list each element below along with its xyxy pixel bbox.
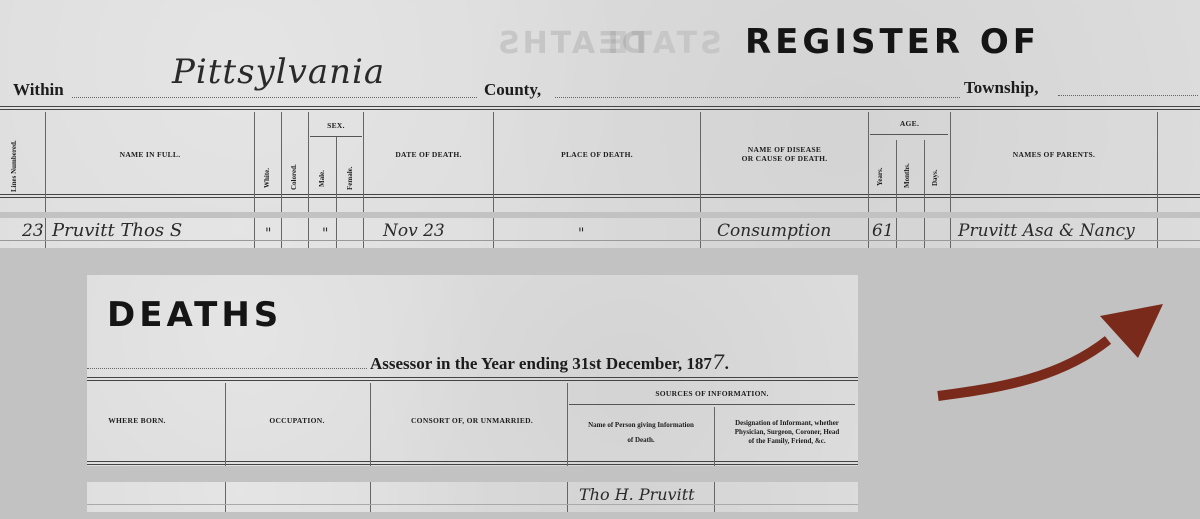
register-header-strip: DEATHS STATE REGISTER OF Within Pittsylv… (0, 0, 1200, 212)
col-divider (1157, 112, 1158, 212)
row-divider (308, 218, 309, 248)
col-place-of-death: PLACE OF DEATH. (494, 150, 700, 159)
within-label: Within (13, 80, 64, 100)
county-label: County, (484, 80, 541, 100)
col-where-born: WHERE BORN. (87, 416, 187, 425)
col-divider (567, 383, 568, 466)
cell-line-number: 23 (22, 221, 44, 241)
township-label: Township, (964, 78, 1039, 98)
col-occupation: OCCUPATION. (237, 416, 357, 425)
col-divider (950, 112, 951, 212)
county-value-handwritten: Pittsylvania (172, 52, 385, 92)
col-divider (493, 112, 494, 212)
col-months: Months. (903, 163, 911, 188)
col-divider (896, 140, 897, 212)
row-baseline (87, 504, 858, 505)
col-age: AGE. (869, 119, 950, 128)
sources-subrule (569, 404, 855, 405)
curved-arrow-icon (930, 300, 1170, 410)
subtitle-lead-line (87, 368, 367, 369)
col-days: Days. (931, 169, 939, 186)
col-sources-of-information: SOURCES OF INFORMATION. (569, 389, 855, 398)
row-divider (225, 482, 226, 512)
cell-male: " (322, 226, 328, 242)
year-period: . (725, 354, 729, 373)
deaths-header-panel: DEATHS Assessor in the Year ending 31st … (87, 275, 858, 466)
col-disease-line2: OR CAUSE OF DEATH. (701, 154, 868, 163)
col-names-of-parents: NAMES OF PARENTS. (951, 150, 1157, 159)
col-disease-line1: NAME OF DISEASE (701, 145, 868, 154)
col-designation-line2: Physician, Surgeon, Coroner, Head (716, 428, 858, 437)
col-informant-name-line1: Name of Person giving Information (570, 421, 712, 430)
age-subrule (870, 134, 948, 135)
col-divider (370, 383, 371, 466)
register-title: REGISTER OF (745, 22, 1040, 62)
register-row-23: 23 Pruvitt Thos S " " Nov 23 " Consumpti… (0, 218, 1200, 248)
row-divider (281, 218, 282, 248)
col-designation: Designation of Informant, whether Physic… (716, 419, 858, 446)
cell-informant: Tho H. Pruvitt (579, 485, 695, 504)
col-sex: SEX. (309, 121, 363, 130)
county-fill-line (72, 97, 477, 98)
col-colored: Colored. (290, 164, 298, 190)
col-name-in-full: NAME IN FULL. (46, 150, 254, 159)
col-divider (225, 383, 226, 466)
sex-subrule (310, 136, 362, 137)
bottom-header-bottom-rule (87, 461, 858, 465)
cell-date: Nov 23 (383, 221, 445, 241)
col-disease: NAME OF DISEASE OR CAUSE OF DEATH. (701, 145, 868, 163)
col-divider (254, 112, 255, 212)
deaths-row-23: Tho H. Pruvitt (87, 482, 858, 512)
row-divider (336, 218, 337, 248)
township-lead-line (555, 97, 960, 98)
col-divider (45, 112, 46, 212)
township-fill-line (1058, 95, 1198, 96)
cell-name: Pruvitt Thos S (52, 220, 182, 241)
row-divider (896, 218, 897, 248)
col-divider (281, 112, 282, 212)
cell-parents: Pruvitt Asa & Nancy (958, 221, 1135, 241)
col-divider (714, 407, 715, 466)
row-divider (254, 218, 255, 248)
col-divider (363, 112, 364, 212)
bottom-header-top-rule (87, 377, 858, 381)
deaths-title: DEATHS (107, 295, 282, 335)
row-divider (868, 218, 869, 248)
col-divider (336, 137, 337, 212)
year-digit-handwritten: 7 (712, 350, 725, 374)
row-divider (1157, 218, 1158, 248)
assessor-subtitle-text: Assessor in the Year ending 31st Decembe… (370, 354, 712, 373)
cell-age-years: 61 (872, 221, 894, 241)
row-divider (370, 482, 371, 512)
cell-white: " (265, 226, 271, 242)
assessor-subtitle: Assessor in the Year ending 31st Decembe… (370, 350, 729, 374)
col-designation-line3: of the Family, Friend, &c. (716, 437, 858, 446)
col-informant-name-line2: of Death. (570, 436, 712, 445)
row-divider (924, 218, 925, 248)
header-top-rule (0, 106, 1200, 110)
row-divider (700, 218, 701, 248)
col-date-of-death: DATE OF DEATH. (364, 150, 493, 159)
cell-place: " (578, 226, 584, 242)
row-divider (950, 218, 951, 248)
col-designation-line1: Designation of Informant, whether (716, 419, 858, 428)
row-divider (493, 218, 494, 248)
col-white: White. (263, 168, 271, 188)
row-divider (363, 218, 364, 248)
col-years: Years. (876, 168, 884, 186)
col-divider (924, 140, 925, 212)
cell-cause: Consumption (717, 221, 831, 241)
header-bottom-rule (0, 194, 1200, 198)
row-divider (567, 482, 568, 512)
col-male: Male. (318, 170, 326, 187)
bleed-through-text-right: STATE (605, 26, 722, 61)
col-lines-numbered: Lines Numbered. (10, 140, 18, 192)
col-consort: CONSORT OF, OR UNMARRIED. (387, 416, 557, 425)
row-divider (45, 218, 46, 248)
row-divider (714, 482, 715, 512)
col-female: Female. (346, 166, 354, 190)
col-informant-name: Name of Person giving Information of Dea… (570, 421, 712, 445)
